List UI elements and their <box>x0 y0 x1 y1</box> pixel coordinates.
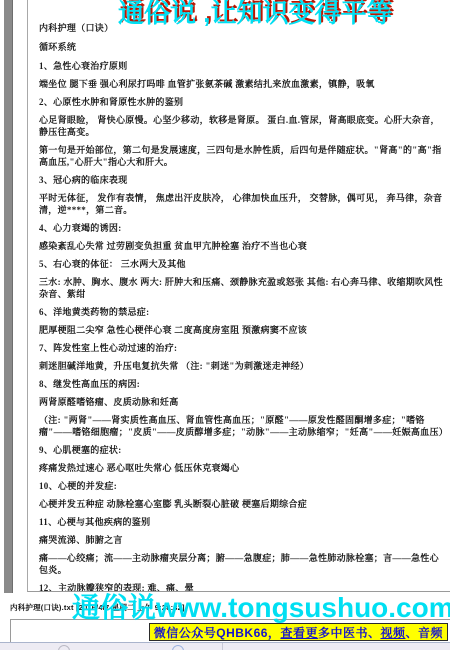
paragraph: 10、心梗的并发症: <box>39 480 446 492</box>
taskbar-icon[interactable] <box>58 645 70 650</box>
document-page: 内科护理（口诀） 循环系统 1、急性心衰治疗原则端坐位 腿下垂 强心利尿打吗啡 … <box>27 0 450 592</box>
section-heading: 循环系统 <box>39 41 446 53</box>
document-body: 1、急性心衰治疗原则端坐位 腿下垂 强心利尿打吗啡 血管扩张氨茶碱 激素结扎来放… <box>39 60 446 592</box>
banner-text-segment: 微信公众号QHBK66， <box>154 624 281 641</box>
wechat-promo-banner: 微信公众号QHBK66，查看更多中医书、视频、音频 <box>149 623 448 641</box>
banner-text-segment: 查看更 <box>280 624 318 641</box>
banner-text-segment: 多中医书、 <box>318 624 381 641</box>
paragraph: 2、心原性水肿和肾原性水肿的鉴别 <box>39 96 446 108</box>
paragraph: 疼痛发热过速心 恶心呕吐失常心 低压休克衰竭心 <box>39 462 446 474</box>
paragraph: （注: "两肾"——肾实质性高血压、肾血管性高血压；"原醛"——原发性醛固酮增多… <box>39 414 446 438</box>
paragraph: 7、阵发性室上性心动过速的治疗: <box>39 342 446 354</box>
paragraph: 两肾原醛嗜铬瘤、皮质动脉和妊高 <box>39 396 446 408</box>
paragraph: 刺迷胆碱洋地黄，升压电复抗失常 （注: "刺迷"为刺激迷走神经） <box>39 360 446 372</box>
paragraph: 三水: 水肿、胸水、腹水 两大: 肝肿大和压痛、颈静脉充盈或怒张 其他: 右心奔… <box>39 276 446 300</box>
paragraph: 心足肾眼睑， 肾快心原慢。心坚少移动，软移是肾原。 蛋白.血.管尿，肾高眼底变。… <box>39 114 446 138</box>
paragraph: 端坐位 腿下垂 强心利尿打吗啡 血管扩张氨茶碱 激素结扎来放血激素，镇静，吸氧 <box>39 78 446 90</box>
banner-text-segment: 视频 <box>380 624 405 641</box>
paragraph: 8、继发性高血压的病因: <box>39 378 446 390</box>
paragraph: 肥厚梗阻二尖窄 急性心梗伴心衰 二度高度房室阻 预激病窦不应该 <box>39 324 446 336</box>
paragraph: 9、心肌梗塞的症状: <box>39 444 446 456</box>
header-watermark: 通俗说 ,让知识变得平等 <box>118 0 392 30</box>
taskbar-icon[interactable] <box>172 645 184 650</box>
paragraph: 痛哭流涕、肺腑之言 <box>39 534 446 546</box>
paragraph: 平时无体征， 发作有表情， 焦虑出汗皮肤冷， 心律加快血压升， 交替脉，偶可见，… <box>39 192 446 216</box>
footer-watermark: 通俗说www.tongsushuo.com <box>72 586 450 626</box>
paragraph: 5、右心衰的体征： 三水两大及其他 <box>39 258 446 270</box>
taskbar-separator <box>222 643 223 650</box>
left-gutter-strip <box>4 0 13 593</box>
paragraph: 3、冠心病的临床表现 <box>39 174 446 186</box>
paragraph: 6、洋地黄类药物的禁忌症: <box>39 306 446 318</box>
banner-text-segment: 、音频 <box>405 624 443 641</box>
paragraph: 11、心梗与其他疾病的鉴别 <box>39 516 446 528</box>
screenshot-root: { "overlay": { "header_watermark": "通俗说 … <box>0 0 450 650</box>
paragraph: 4、心力衰竭的诱因: <box>39 222 446 234</box>
paragraph: 第一句是开始部位，第二句是发展速度，三四句是水肿性质，后四句是伴随症状。"肾高"… <box>39 144 446 168</box>
paragraph: 1、急性心衰治疗原则 <box>39 60 446 72</box>
paragraph: 痛——心绞痛；流——主动脉瘤夹层分离；腑——急腹症；肺——急性肺动脉栓塞；言——… <box>39 552 446 576</box>
taskbar-edge <box>0 642 450 650</box>
paragraph: 心梗并发五种症 动脉栓塞心室膨 乳头断裂心脏破 梗塞后期综合症 <box>39 498 446 510</box>
paragraph: 感染紊乱心失常 过劳剧变负担重 贫血甲亢肿栓塞 治疗不当也心衰 <box>39 240 446 252</box>
